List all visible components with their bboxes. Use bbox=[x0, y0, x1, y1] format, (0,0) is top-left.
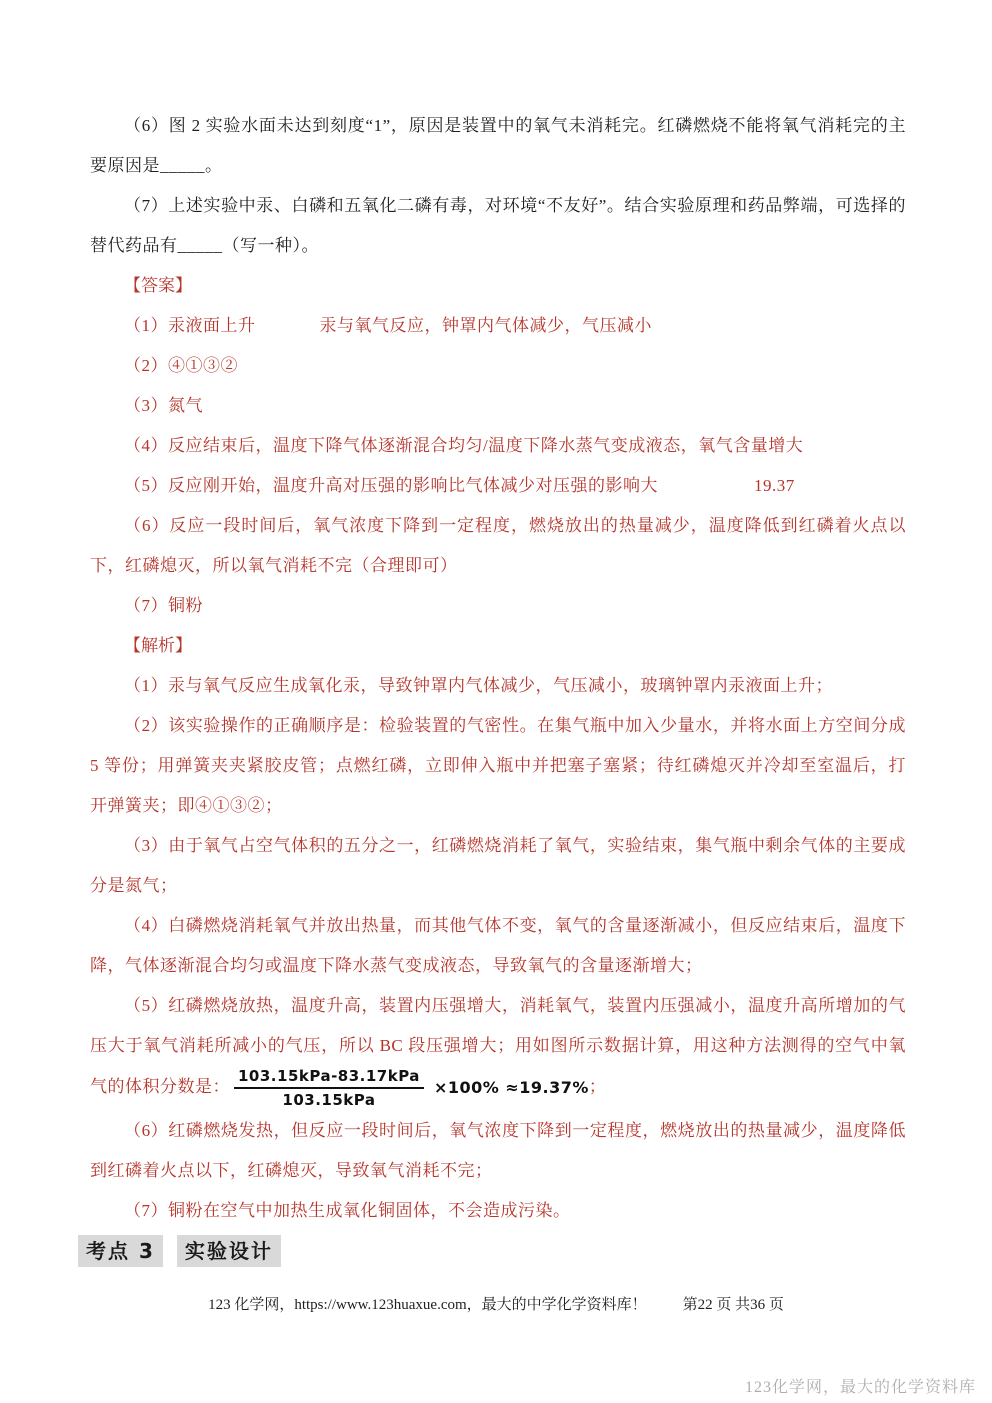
answer-item-2: （2）④①③② bbox=[90, 346, 906, 386]
document-page: （6）图 2 实验水面未达到刻度“1”，原因是装置中的氧气未消耗完。红磷燃烧不能… bbox=[0, 0, 992, 1403]
question-7-paragraph: （7）上述实验中汞、白磷和五氧化二磷有毒，对环境“不友好”。结合实验原理和药品弊… bbox=[90, 186, 906, 266]
answer-item-1: （1）汞液面上升汞与氧气反应，钟罩内气体减少，气压减小 bbox=[90, 306, 906, 346]
oxygen-fraction-formula: 103.15kPa-83.17kPa103.15kPa bbox=[234, 1066, 424, 1111]
page-footer: 123 化学网，https://www.123huaxue.com，最大的中学化… bbox=[0, 1293, 992, 1314]
heading-kaodian-number: 考点 3 bbox=[78, 1235, 163, 1267]
fraction: 103.15kPa-83.17kPa103.15kPa bbox=[234, 1066, 424, 1111]
answer-item-7: （7）铜粉 bbox=[90, 586, 906, 626]
fraction-denominator: 103.15kPa bbox=[234, 1089, 424, 1110]
answer-5-blank-1: （5）反应刚开始，温度升高对压强的影响比气体减少对压强的影响大 bbox=[124, 476, 658, 495]
answer-item-4: （4）反应结束后，温度下降气体逐渐混合均匀/温度下降水蒸气变成液态，氧气含量增大 bbox=[90, 426, 906, 466]
analysis-section-label: 【解析】 bbox=[90, 626, 906, 666]
answer-5-blank-2: 19.37 bbox=[754, 476, 795, 495]
analysis-item-4: （4）白磷燃烧消耗氧气并放出热量，而其他气体不变，氧气的含量逐渐减小，但反应结束… bbox=[90, 906, 906, 986]
heading-title: 实验设计 bbox=[177, 1235, 281, 1267]
question-6-paragraph: （6）图 2 实验水面未达到刻度“1”，原因是装置中的氧气未消耗完。红磷燃烧不能… bbox=[90, 106, 906, 186]
answer-item-6: （6）反应一段时间后，氧气浓度下降到一定程度，燃烧放出的热量减少，温度降低到红磷… bbox=[90, 506, 906, 586]
footer-site-info: 123 化学网，https://www.123huaxue.com，最大的中学化… bbox=[208, 1297, 647, 1313]
answer-1-blank-2: 汞与氧气反应，钟罩内气体减少，气压减小 bbox=[320, 316, 653, 335]
fraction-numerator: 103.15kPa-83.17kPa bbox=[234, 1066, 424, 1089]
analysis-item-5: （5）红磷燃烧放热，温度升高，装置内压强增大，消耗氧气，装置内压强减小，温度升高… bbox=[90, 986, 906, 1111]
answer-section-label: 【答案】 bbox=[90, 266, 906, 306]
analysis-item-6: （6）红磷燃烧发热，但反应一段时间后，氧气浓度下降到一定程度，燃烧放出的热量减少… bbox=[90, 1111, 906, 1191]
analysis-item-2: （2）该实验操作的正确顺序是：检验装置的气密性。在集气瓶中加入少量水，并将水面上… bbox=[90, 706, 906, 826]
analysis-item-1: （1）汞与氧气反应生成氧化汞，导致钟罩内气体减少，气压减小，玻璃钟罩内汞液面上升… bbox=[90, 666, 906, 706]
analysis-item-7: （7）铜粉在空气中加热生成氧化铜固体，不会造成污染。 bbox=[90, 1191, 906, 1231]
answer-item-3: （3）氮气 bbox=[90, 386, 906, 426]
watermark-text: 123化学网，最大的化学资料库 bbox=[745, 1374, 976, 1397]
page-content: （6）图 2 实验水面未达到刻度“1”，原因是装置中的氧气未消耗完。红磷燃烧不能… bbox=[90, 106, 906, 1267]
analysis-5-end-punctuation: ； bbox=[589, 1077, 607, 1096]
formula-result: ×100% ≈19.37% bbox=[434, 1068, 589, 1108]
analysis-item-3: （3）由于氧气占空气体积的五分之一，红磷燃烧消耗了氧气，实验结束，集气瓶中剩余气… bbox=[90, 826, 906, 906]
answer-1-blank-1: （1）汞液面上升 bbox=[124, 316, 256, 335]
footer-page-number: 第22 页 共36 页 bbox=[683, 1297, 784, 1313]
answer-item-5: （5）反应刚开始，温度升高对压强的影响比气体减少对压强的影响大19.37 bbox=[90, 466, 906, 506]
section-heading-kaodian-3: 考点 3实验设计 bbox=[78, 1235, 906, 1267]
